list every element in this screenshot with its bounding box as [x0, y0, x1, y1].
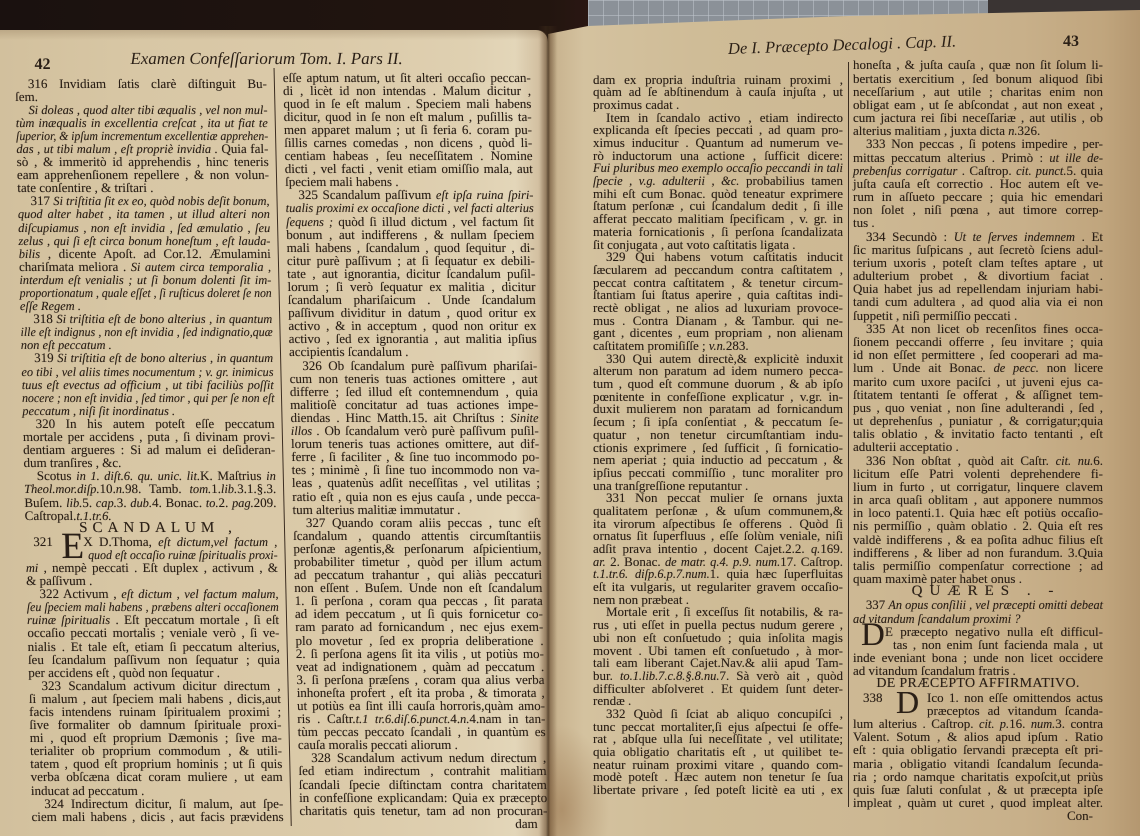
roman-text: libertate privare , ſed poteſt licitè ea… [593, 782, 843, 797]
catchword: Con- [853, 809, 1103, 822]
roman-text: impleat , quàm ut curet , quod impleat a… [853, 795, 1103, 810]
roman-text: 337 [866, 597, 889, 612]
running-head: De I. Præcepto Decalogi . Cap. II. [728, 31, 957, 59]
text-line: impleat , quàm ut curet , quod impleat a… [853, 796, 1103, 809]
roman-text: Con- [1067, 808, 1093, 823]
roman-text: non ſolet , niſi pœna , aut timore corre… [853, 202, 1103, 217]
page-number: 43 [1063, 32, 1079, 52]
text-column-left: dam ex propria induſtria ruinam proximi … [593, 74, 843, 797]
text-line: non ſolet , niſi pœna , aut timore corre… [853, 203, 1103, 216]
text-line: 337 An opus conſilii , vel præcepti omit… [853, 598, 1103, 611]
text-column-right: honeſta , & juſta cauſa , quæ non ſit ſo… [853, 58, 1103, 822]
italic-text: An opus conſilii , vel præcepti omitti d… [888, 598, 1103, 612]
right-page-text: De I. Præcepto Decalogi . Cap. II. 43 da… [0, 0, 1140, 836]
section-heading: QUÆRES . - [853, 585, 1103, 598]
roman-text: QUÆRES . - [912, 583, 1061, 599]
paragraph-number: 338 [863, 691, 883, 704]
text-line: libertate privare , ſed poteſt licitè ea… [593, 784, 843, 797]
column-rule [848, 62, 849, 807]
roman-text: mittas peccatum alterius . Primò : [853, 150, 1049, 165]
